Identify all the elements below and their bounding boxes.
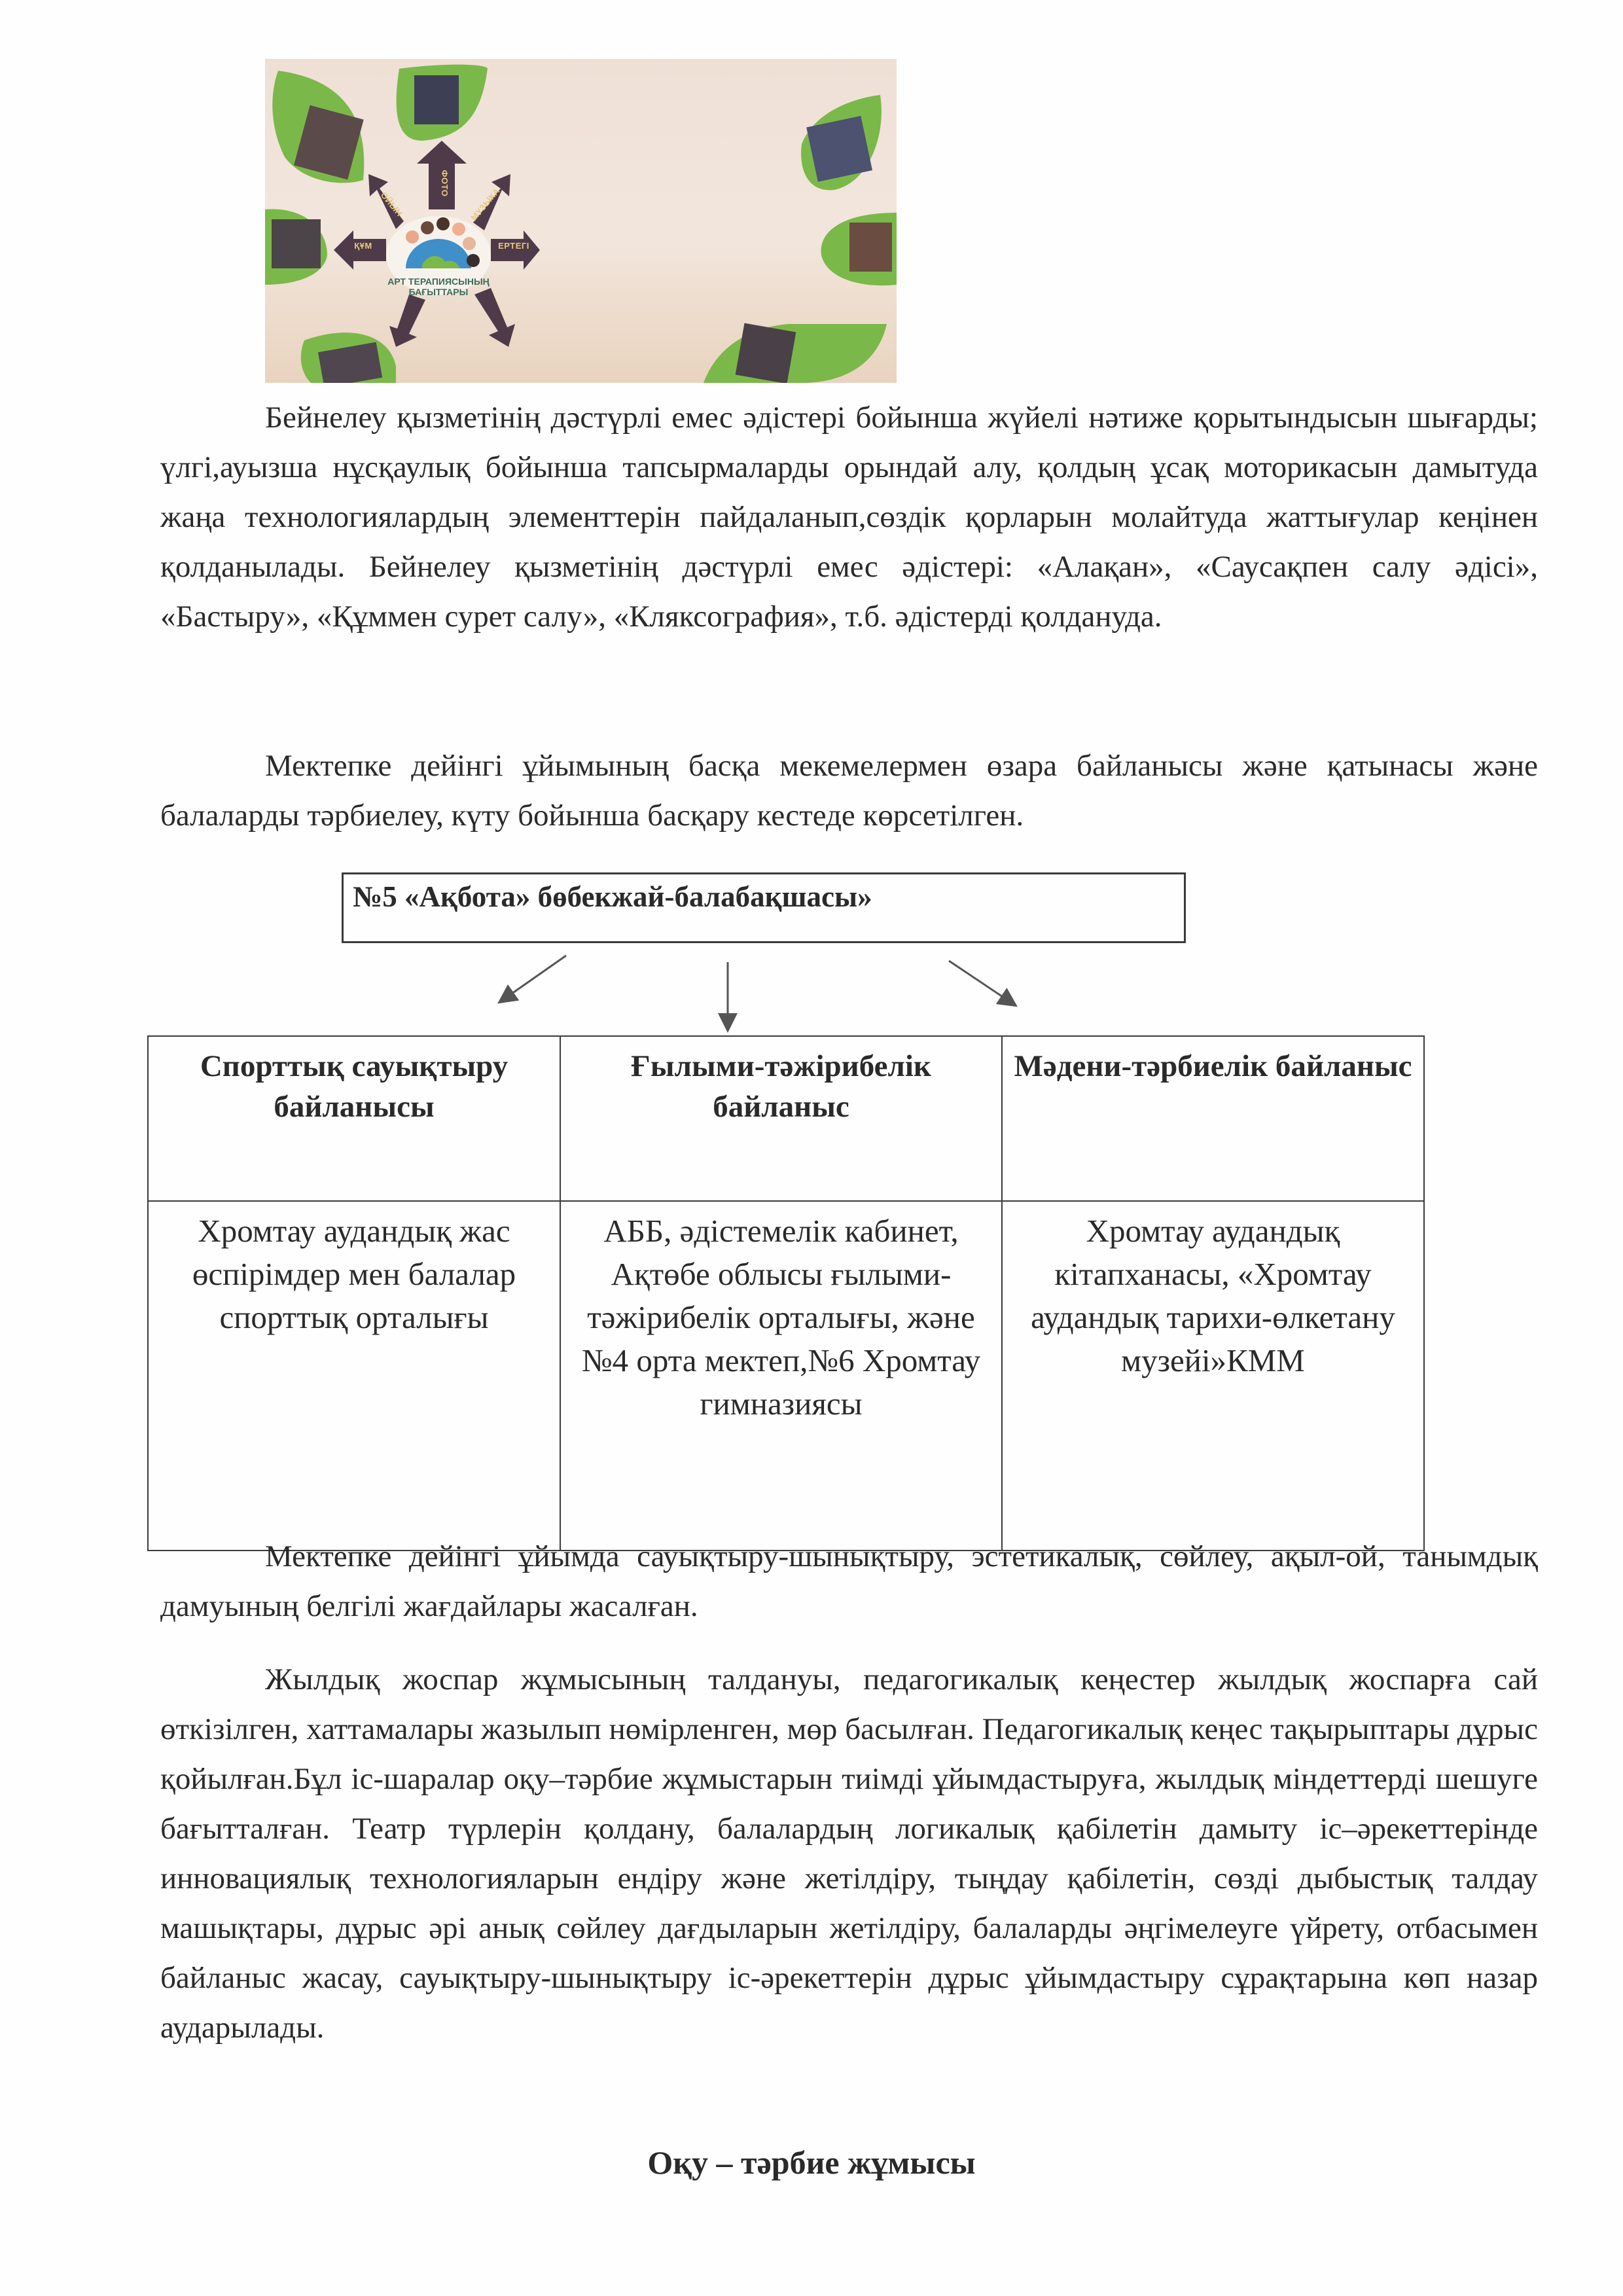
poster-center-title-1: АРТ ТЕРАПИЯСЫНЫҢ: [387, 276, 490, 287]
paragraph-relations-intro: Мектепке дейінгі ұйымының басқа мекемеле…: [160, 741, 1538, 840]
cell-science-partners: АББ, әдістемелік кабинет, Ақтөбе облысы …: [560, 1201, 1002, 1551]
org-chart-root-title: №5 «Ақбота» бөбекжай-балабақшасы»: [353, 880, 872, 914]
paragraph-text: Мектепке дейінгі ұйымының басқа мекемеле…: [160, 749, 1538, 833]
leaf-left: [265, 209, 327, 285]
header-sport-health: Спорттық сауықтыру байланысы: [148, 1036, 560, 1201]
arrow-to-sport: [501, 956, 566, 1001]
relations-table: Спорттық сауықтыру байланысы Ғылыми-тәжі…: [147, 1035, 1425, 1551]
org-chart-root-box: №5 «Ақбота» бөбекжай-балабақшасы»: [342, 872, 1186, 943]
paragraph-text: Жылдық жоспар жұмысының талдануы, педаго…: [160, 1662, 1538, 2045]
arrow-label-up: ФОТО: [440, 170, 450, 197]
arrow-to-culture: [949, 961, 1014, 1005]
leaf-top-right: [801, 95, 882, 190]
header-culture-education: Мәдени-тәрбиелік байланыс: [1002, 1036, 1424, 1201]
cell-sport-partners: Хромтау аудандық жас өспірімдер мен бала…: [148, 1201, 560, 1551]
leaf-top-left: [272, 71, 364, 183]
arrow-down-left: [389, 295, 425, 347]
cell-culture-partners: Хромтау аудандық кітапханасы, «Хромтау а…: [1002, 1201, 1424, 1551]
arrow-down-right: [474, 288, 515, 347]
table-header-row: Спорттық сауықтыру байланысы Ғылыми-тәжі…: [148, 1036, 1424, 1201]
paragraph-annual-plan: Жылдық жоспар жұмысының талдануы, педаго…: [160, 1655, 1538, 2053]
leaf-right: [821, 213, 897, 285]
leaf-top: [397, 65, 488, 141]
leaf-bottom-right: [704, 323, 887, 383]
arrow-label-right: ЕРТЕГІ: [498, 241, 529, 251]
section-heading: Оқу – тәрбие жұмысы: [0, 2144, 1623, 2181]
art-therapy-poster-photo: ФОТО МУЗЫКА ЕРТЕГІ ҚҰМ ОЙЫН АРТ ТЕРАПИЯС…: [265, 59, 897, 383]
header-science-practice: Ғылыми-тәжірибелік байланыс: [560, 1036, 1002, 1201]
paragraph-text: Мектепке дейінгі ұйымда сауықтыру-шынықт…: [160, 1539, 1538, 1623]
leaf-bottom-left: [301, 332, 396, 383]
document-page: ФОТО МУЗЫКА ЕРТЕГІ ҚҰМ ОЙЫН АРТ ТЕРАПИЯС…: [0, 0, 1623, 2296]
paragraph-nontraditional-methods: Бейнелеу қызметінің дәстүрлі емес әдісте…: [160, 393, 1538, 641]
arrow-label-left: ҚҰМ: [354, 241, 372, 251]
table-row: Хромтау аудандық жас өспірімдер мен бала…: [148, 1201, 1424, 1551]
poster-center-title-2: БАҒЫТТАРЫ: [409, 287, 469, 297]
paragraph-development-conditions: Мектепке дейінгі ұйымда сауықтыру-шынықт…: [160, 1532, 1538, 1631]
paragraph-text: Бейнелеу қызметінің дәстүрлі емес әдісте…: [160, 401, 1538, 634]
